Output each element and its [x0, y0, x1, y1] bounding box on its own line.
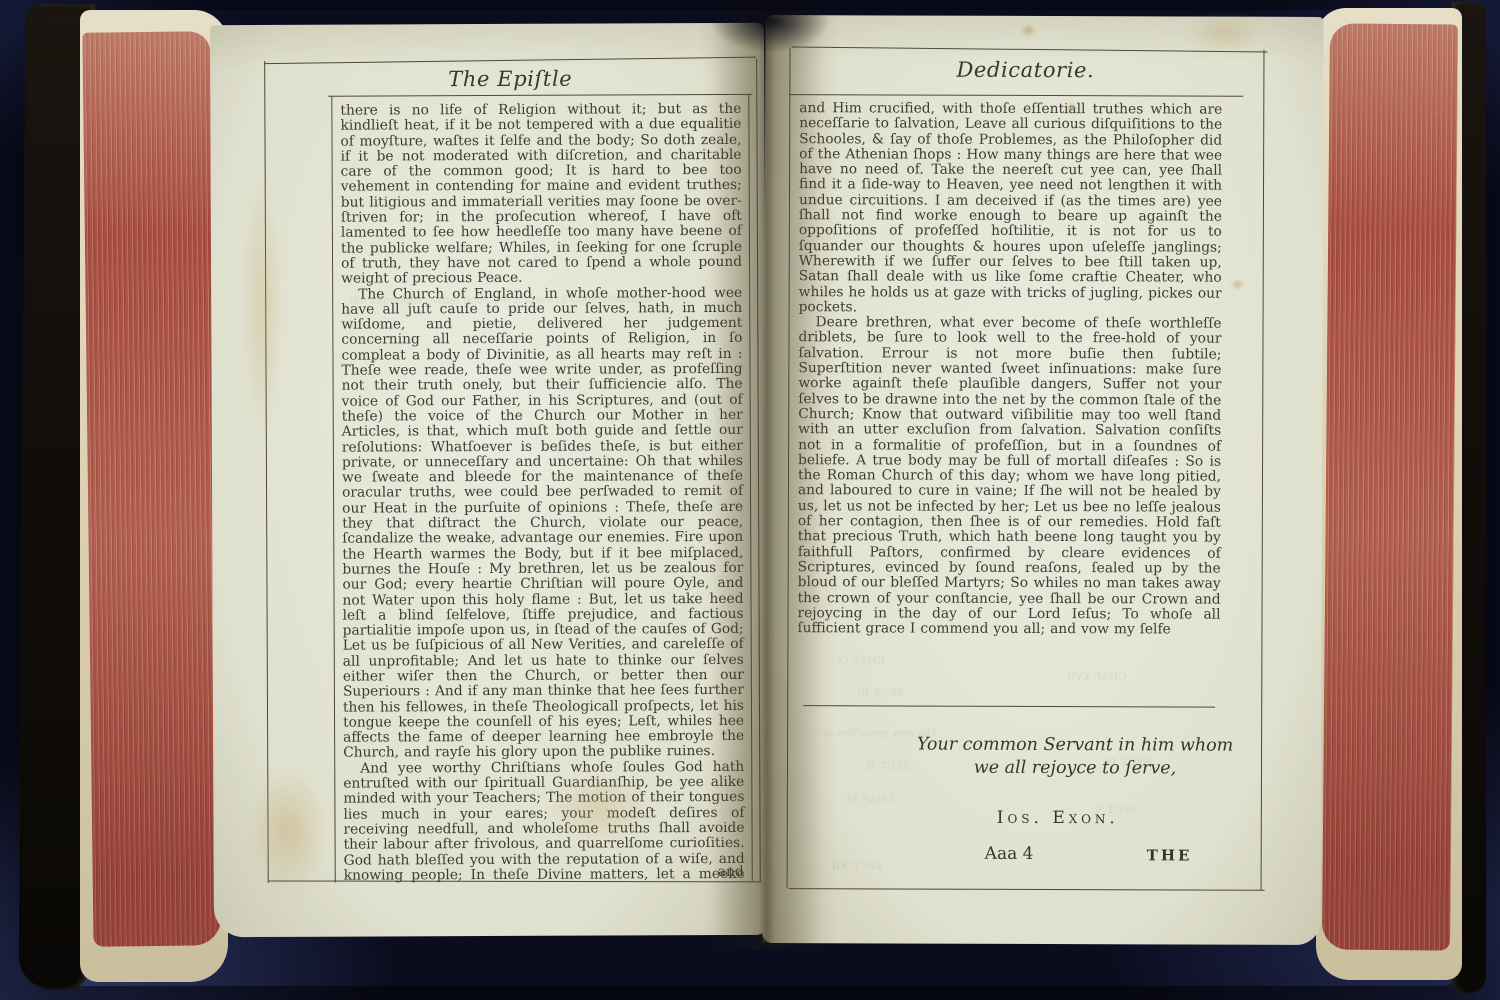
valediction: Your common Servant in him whom we all r… — [903, 734, 1247, 781]
show-through-text: SECT. III. — [853, 687, 904, 699]
show-through-text: CHAP. XVII. — [1063, 671, 1126, 683]
stain — [249, 765, 330, 895]
right-paragraph-1: and Him crucified, with thoſe eſſentiall… — [799, 101, 1223, 317]
left-outer-rule — [264, 61, 269, 883]
right-outer-rule — [1261, 50, 1265, 890]
page-block-left — [80, 10, 228, 982]
right-page-top-rule — [792, 46, 1268, 52]
stain — [1185, 12, 1265, 52]
stain — [1021, 24, 1037, 37]
right-paragraph-2: Deare brethren, what ever become of theſ… — [797, 315, 1221, 638]
left-page: The Epiſtle the affections ; What good u… — [210, 23, 768, 937]
show-through-text: SECT. XII. — [829, 860, 883, 872]
show-through-text: CHAP. XI. — [843, 793, 894, 805]
valediction-line-2: we all rejoyce to ſerve, — [903, 757, 1247, 781]
red-fore-edge-right — [1322, 23, 1458, 950]
right-catchword: THE — [1147, 846, 1193, 864]
left-catchword: and — [718, 865, 744, 880]
right-bottom-rule — [789, 888, 1265, 891]
signature-mark: Aaa 4 — [985, 844, 1034, 864]
valediction-divider-rule — [803, 705, 1215, 708]
photo-open-antique-book: The Epiſtle the affections ; What good u… — [0, 0, 1500, 1000]
author-signature: Ios. Exon. — [893, 807, 1223, 828]
right-running-head: Dedicatorie. — [825, 57, 1225, 82]
show-through-text: CHAP. IX. — [833, 655, 884, 667]
valediction-line-1: Your common Servant in him whom — [903, 734, 1247, 758]
left-page-top-rule — [264, 57, 756, 65]
left-text-block: there is no life of Religion without it;… — [331, 95, 752, 883]
right-text-block: and Him crucified, with thoſe eſſentiall… — [788, 95, 1234, 638]
right-page: Dedicatorie. and Him crucified, with tho… — [762, 15, 1323, 945]
left-paragraph-3: And yee worthy Chriſtians whoſe ſoules G… — [343, 760, 745, 883]
left-outer-rule-right — [756, 59, 761, 881]
red-fore-edge-left — [82, 31, 221, 946]
stain — [241, 165, 284, 445]
left-paragraph-1: there is no life of Religion without it;… — [340, 102, 742, 287]
left-paragraph-2: The Church of England, in whoſe mother-h… — [341, 285, 744, 761]
page-block-right — [1316, 8, 1462, 980]
left-running-head: The Epiſtle — [310, 66, 710, 92]
